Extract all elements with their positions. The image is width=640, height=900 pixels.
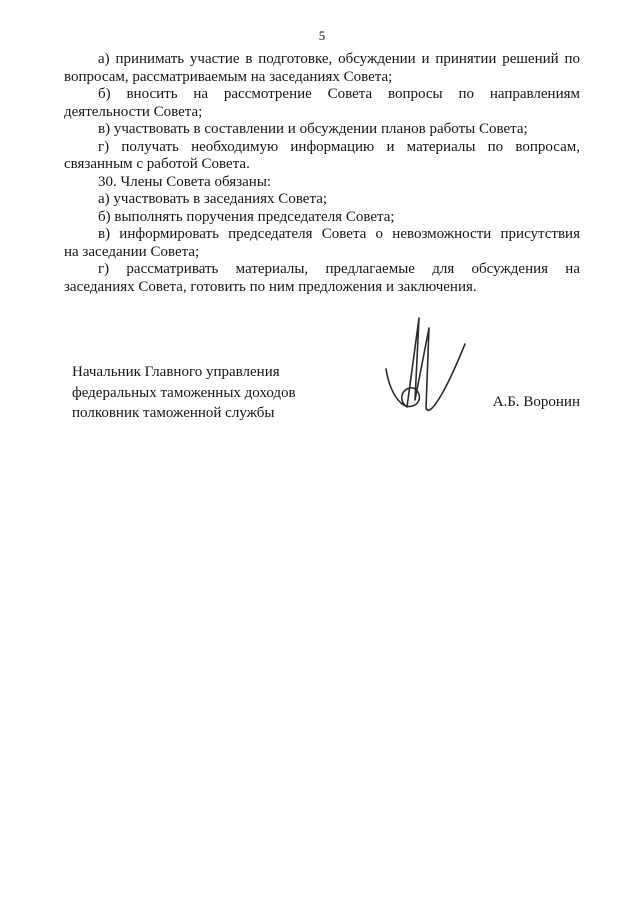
text-line: г) получать необходимую информацию и мат… [64,139,580,157]
document-body: а) принимать участие в подготовке, обсуж… [64,51,580,466]
text-line: связанным с работой Совета. [64,156,580,174]
paragraph: а) принимать участие в подготовке, обсуж… [64,51,580,86]
paragraph: а) участвовать в заседаниях Совета; [64,191,580,209]
signatory-title-line: полковник таможенной службы [72,403,296,424]
paragraph: г) получать необходимую информацию и мат… [64,139,580,174]
text-line: деятельности Совета; [64,104,580,122]
text-line: в) информировать председателя Совета о н… [64,226,580,244]
text-line: а) принимать участие в подготовке, обсуж… [64,51,580,69]
paragraph: 30. Члены Совета обязаны: [64,174,580,192]
text-line: 30. Члены Совета обязаны: [64,174,580,192]
text-line: б) вносить на рассмотрение Совета вопрос… [64,86,580,104]
signatory-title-line: Начальник Главного управления [72,362,296,383]
document-page: 5 а) принимать участие в подготовке, обс… [0,0,640,900]
text-line: г) рассматривать материалы, предлагаемые… [64,261,580,279]
paragraph: б) вносить на рассмотрение Совета вопрос… [64,86,580,121]
text-line: вопросам, рассматриваемым на заседаниях … [64,69,580,87]
signature-block: Начальник Главного управления федеральны… [64,296,580,466]
text-line: заседаниях Совета, готовить по ним предл… [64,279,580,297]
text-line: б) выполнять поручения председателя Сове… [64,209,580,227]
text-line: а) участвовать в заседаниях Совета; [64,191,580,209]
handwritten-signature-icon [368,304,473,422]
paragraph: г) рассматривать материалы, предлагаемые… [64,261,580,296]
signatory-name: А.Б. Воронин [493,394,580,412]
text-line: на заседании Совета; [64,244,580,262]
paragraph: в) информировать председателя Совета о н… [64,226,580,261]
signatory-titles: Начальник Главного управления федеральны… [72,362,296,424]
page-number: 5 [64,28,580,44]
text-line: в) участвовать в составлении и обсуждени… [64,121,580,139]
paragraph: б) выполнять поручения председателя Сове… [64,209,580,227]
signatory-title-line: федеральных таможенных доходов [72,383,296,404]
paragraph: в) участвовать в составлении и обсуждени… [64,121,580,139]
